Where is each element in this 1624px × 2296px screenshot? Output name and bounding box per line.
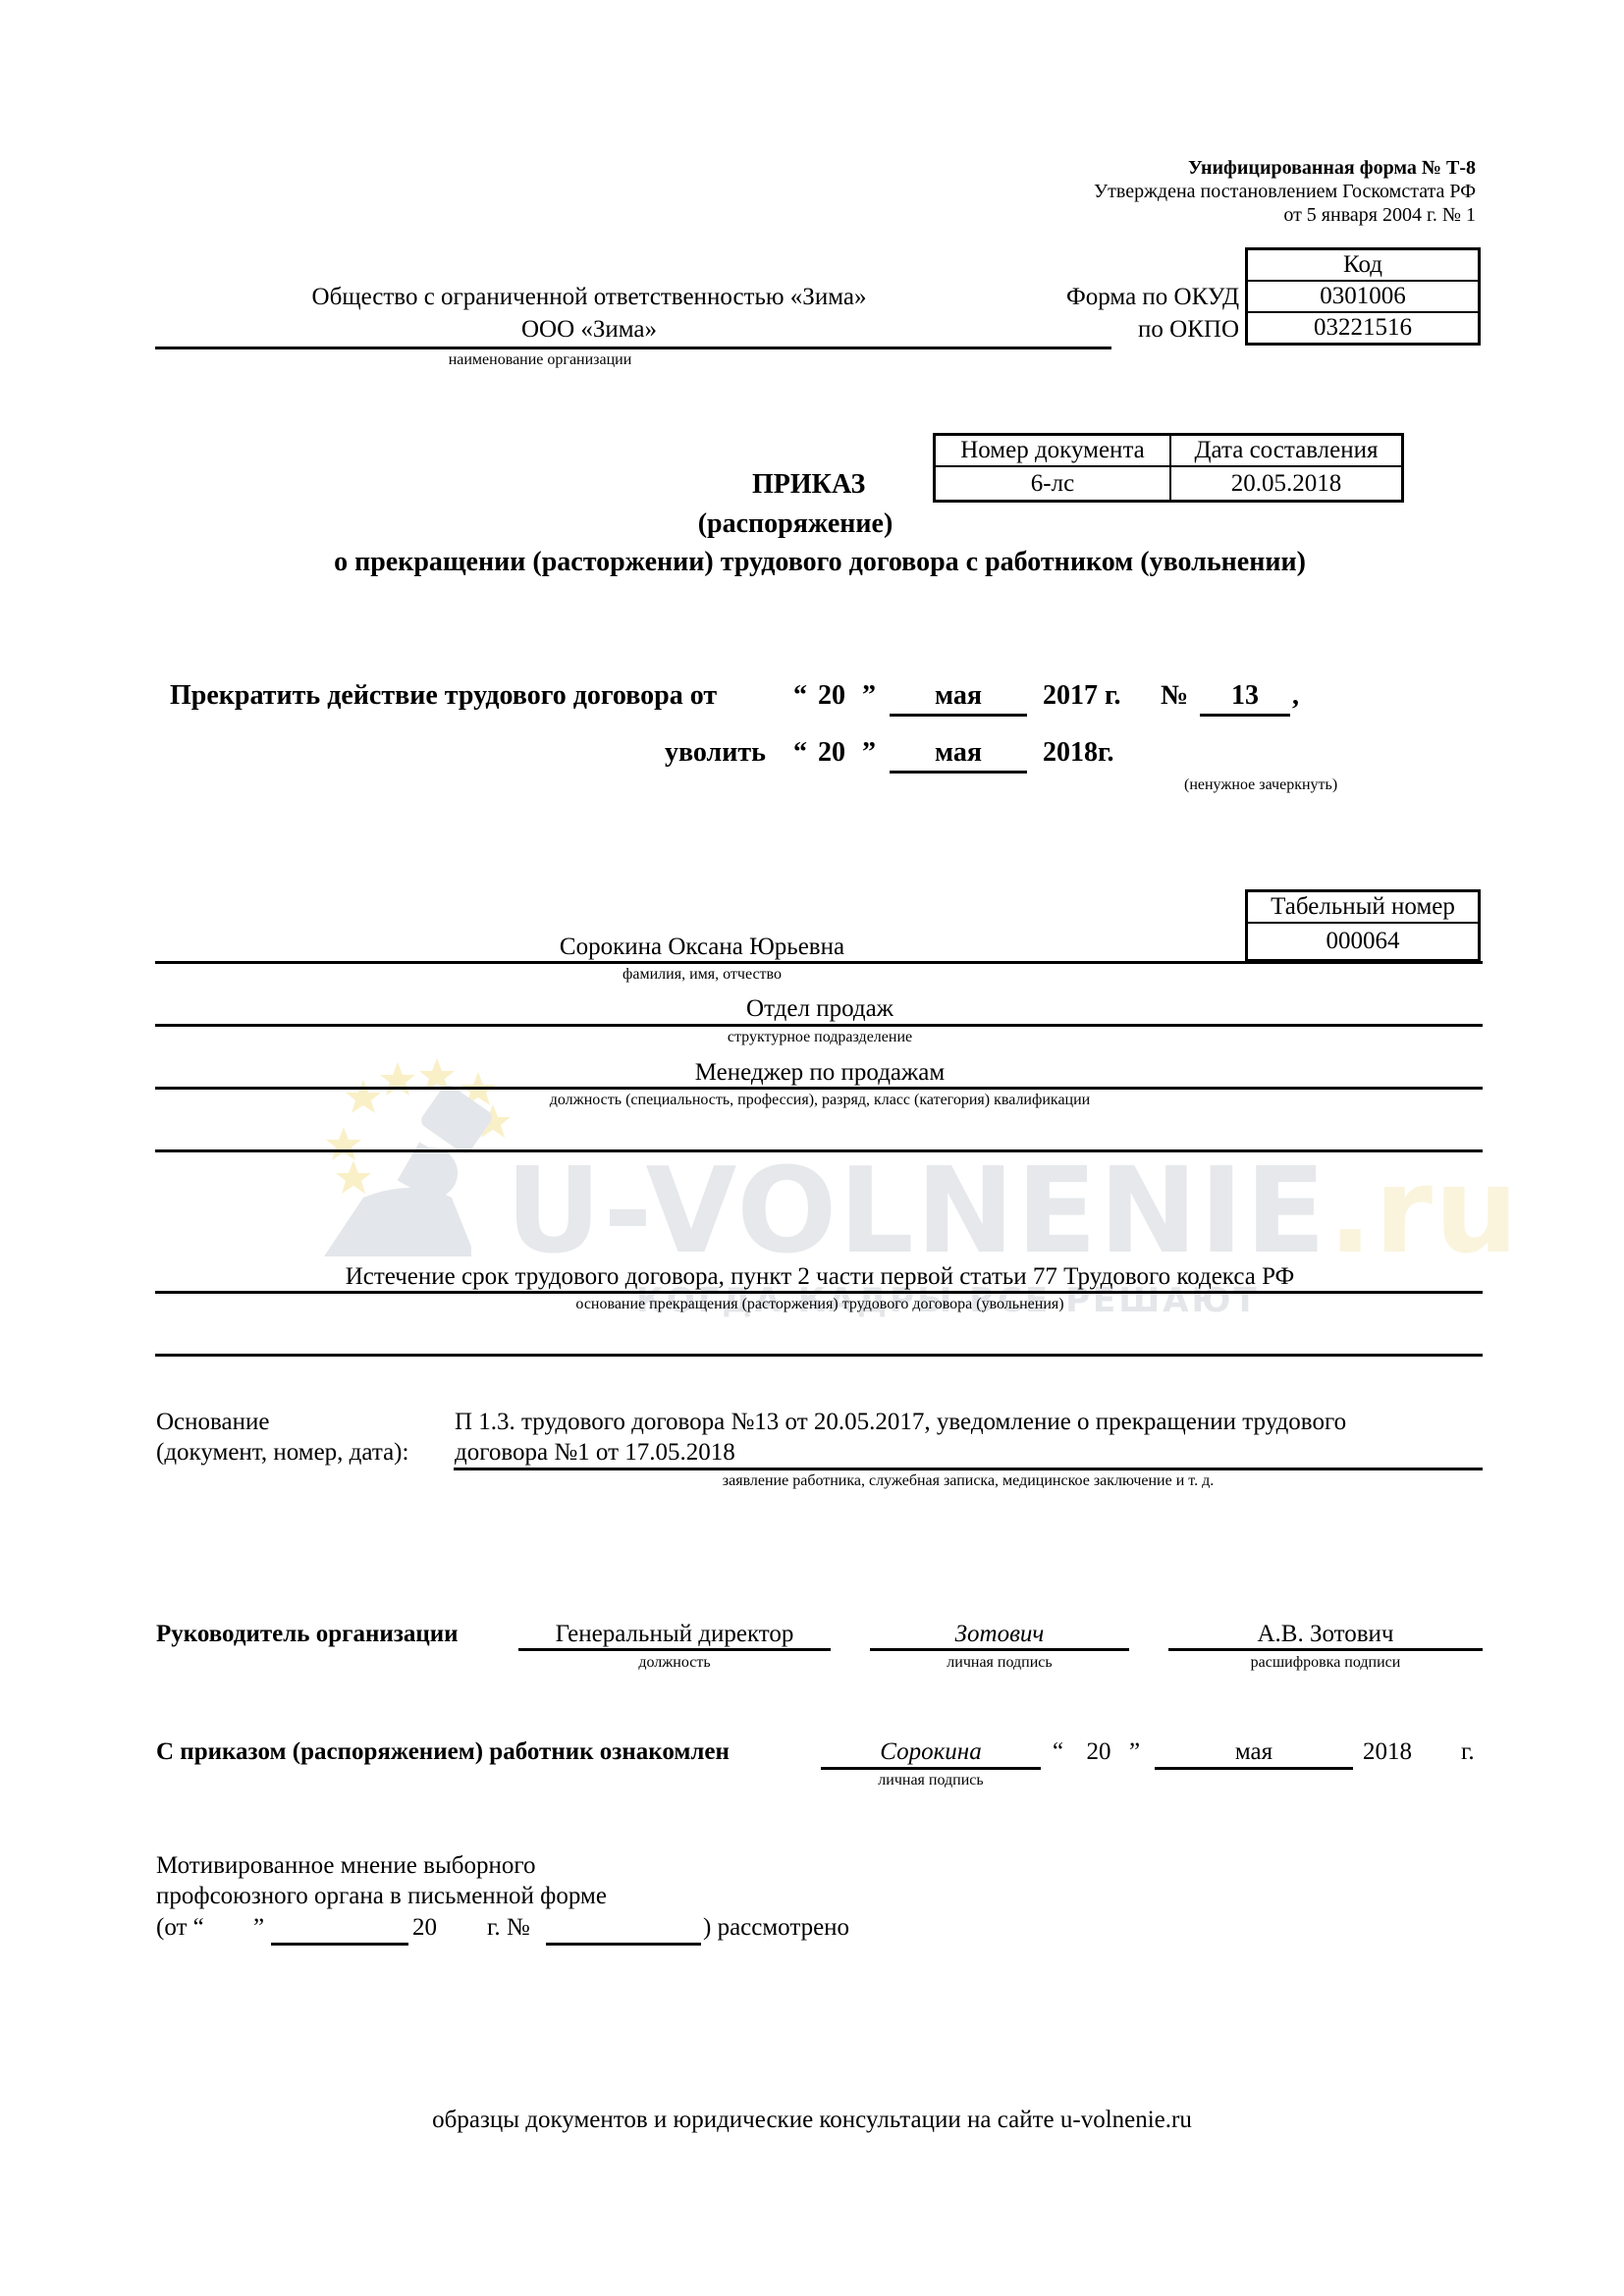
document-date: 20.05.2018	[1170, 466, 1403, 502]
contract-number: 13	[1200, 680, 1290, 712]
dismiss-month-underline	[890, 771, 1027, 774]
union-line2: профсоюзного органа в письменной форме	[156, 1883, 607, 1910]
okud-label: Форма по ОКУД	[1066, 284, 1239, 311]
form-name: Унифицированная форма № Т-8	[1188, 157, 1476, 180]
quote-open: “	[793, 680, 807, 711]
organization-full-name: Общество с ограниченной ответственностью…	[157, 284, 1021, 311]
head-label: Руководитель организации	[156, 1621, 459, 1648]
ack-quote-open: “	[1053, 1738, 1063, 1766]
ack-label: С приказом (распоряжением) работник озна…	[156, 1738, 730, 1766]
dismiss-label: уволить	[665, 737, 766, 769]
ack-year: 2018	[1363, 1738, 1412, 1766]
organization-underline	[155, 347, 1111, 349]
dismiss-year: 2018г.	[1043, 737, 1114, 769]
okud-value: 0301006	[1247, 281, 1480, 312]
organization-caption: наименование организации	[295, 351, 785, 369]
basis-line1: П 1.3. трудового договора №13 от 20.05.2…	[455, 1409, 1346, 1436]
ack-quote-close: ”	[1129, 1738, 1140, 1766]
tab-number-header: Табельный номер	[1247, 891, 1480, 924]
contract-number-underline	[1200, 714, 1290, 717]
okpo-value: 03221516	[1247, 312, 1480, 345]
strike-note: (ненужное зачеркнуть)	[1184, 776, 1337, 794]
comma: ,	[1292, 680, 1299, 712]
contract-year: 2017 г.	[1043, 680, 1121, 712]
employee-department-underline	[155, 1024, 1483, 1027]
document-number-table: Номер документа Дата составления 6-лс 20…	[933, 433, 1404, 503]
codes-header: Код	[1247, 249, 1480, 282]
dismiss-month: мая	[890, 737, 1027, 769]
number-sign: №	[1161, 680, 1188, 712]
head-position: Генеральный директор	[518, 1621, 831, 1648]
head-position-underline	[518, 1648, 831, 1651]
termination-reason-underline	[155, 1291, 1483, 1294]
employee-department: Отдел продаж	[157, 995, 1483, 1023]
document-subtitle: (распоряжение)	[550, 508, 1041, 540]
union-close-quote: ”	[253, 1914, 264, 1942]
union-line1: Мотивированное мнение выборного	[156, 1852, 535, 1880]
codes-table: Код 0301006 03221516	[1245, 247, 1481, 346]
employee-position-underline	[155, 1087, 1483, 1090]
ack-day: 20	[1074, 1738, 1123, 1766]
ack-year-suffix: г.	[1461, 1738, 1475, 1766]
employee-name: Сорокина Оксана Юрьевна	[157, 934, 1247, 961]
head-signature-caption: личная подпись	[870, 1654, 1129, 1672]
document-date-header: Дата составления	[1170, 435, 1403, 467]
union-year-no: г. №	[487, 1914, 530, 1942]
okpo-label: по ОКПО	[1138, 316, 1239, 344]
basis-line2: договора №1 от 17.05.2018	[455, 1439, 735, 1467]
ack-month-underline	[1155, 1767, 1353, 1770]
document-number-header: Номер документа	[935, 435, 1171, 467]
tab-number-table: Табельный номер 000064	[1245, 889, 1481, 962]
quote-close: ”	[862, 680, 876, 711]
organization-short-name: ООО «Зима»	[157, 316, 1021, 344]
employee-name-caption: фамилия, имя, отчество	[157, 966, 1247, 984]
employee-position: Менеджер по продажам	[157, 1059, 1483, 1087]
basis-caption: заявление работника, служебная записка, …	[454, 1472, 1483, 1490]
quote-close: ”	[862, 737, 876, 768]
employee-department-caption: структурное подразделение	[157, 1029, 1483, 1046]
ack-signature-caption: личная подпись	[821, 1772, 1041, 1789]
quote-open: “	[793, 737, 807, 768]
document-page: Унифицированная форма № Т-8 Утверждена п…	[0, 0, 1624, 2296]
termination-reason-caption: основание прекращения (расторжения) труд…	[157, 1296, 1483, 1313]
ack-month: мая	[1155, 1738, 1353, 1766]
union-from: (от “	[156, 1914, 204, 1942]
basis-label-line1: Основание	[156, 1409, 269, 1436]
contract-label: Прекратить действие трудового договора о…	[170, 680, 717, 712]
basis-underline	[454, 1468, 1483, 1470]
ack-signature: Сорокина	[821, 1738, 1041, 1766]
document-title: ПРИКАЗ	[752, 469, 865, 501]
ack-signature-underline	[821, 1767, 1041, 1770]
contract-day: 20	[807, 680, 856, 712]
employee-name-underline	[155, 961, 1483, 964]
union-considered: ) рассмотрено	[703, 1914, 849, 1942]
footer-text: образцы документов и юридические консуль…	[0, 2107, 1624, 2134]
head-position-caption: должность	[518, 1654, 831, 1672]
head-name: А.В. Зотович	[1168, 1621, 1483, 1648]
document-subject: о прекращении (расторжении) трудового до…	[157, 547, 1483, 578]
dismiss-day: 20	[807, 737, 856, 769]
document-number: 6-лс	[935, 466, 1171, 502]
basis-label-line2: (документ, номер, дата):	[156, 1439, 408, 1467]
head-name-caption: расшифровка подписи	[1168, 1654, 1483, 1672]
head-signature: Зотович	[870, 1621, 1129, 1648]
contract-month: мая	[890, 680, 1027, 712]
head-signature-underline	[870, 1648, 1129, 1651]
termination-reason: Истечение срок трудового договора, пункт…	[157, 1263, 1483, 1291]
tab-number: 000064	[1247, 923, 1480, 961]
employee-position-caption: должность (специальность, профессия), ра…	[157, 1092, 1483, 1109]
head-name-underline	[1168, 1648, 1483, 1651]
employee-extra-underline	[155, 1149, 1483, 1152]
contract-month-underline	[890, 714, 1027, 717]
approval-line-2: от 5 января 2004 г. № 1	[1283, 204, 1476, 227]
union-month-underline	[271, 1943, 408, 1946]
union-century: 20	[412, 1914, 437, 1942]
approval-line-1: Утверждена постановлением Госкомстата РФ	[1094, 181, 1476, 203]
union-number-underline	[546, 1943, 701, 1946]
termination-reason-extra-underline	[155, 1354, 1483, 1357]
